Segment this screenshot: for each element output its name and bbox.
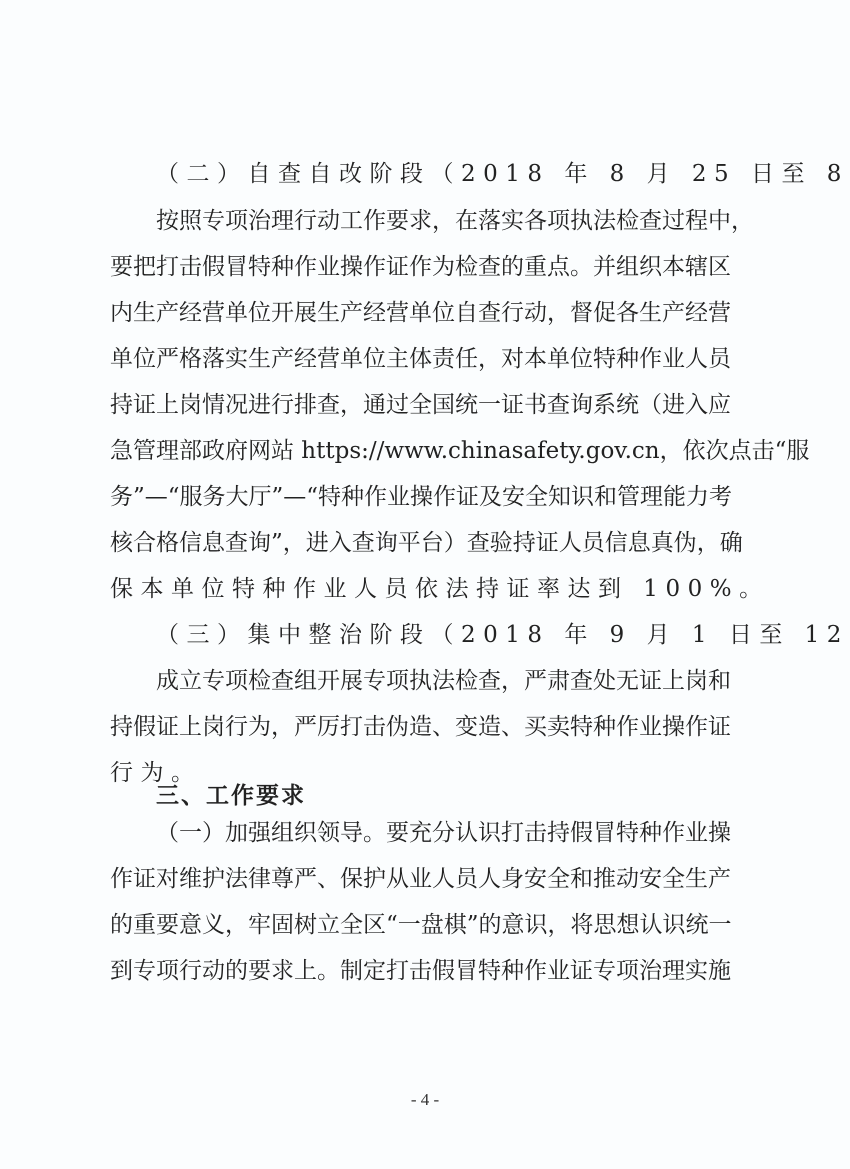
paragraph-line: 持证上岗情况进行排查，通过全国统一证书查询系统（进入应 bbox=[110, 387, 716, 424]
page-number: - 4 - bbox=[0, 1090, 850, 1110]
paragraph-line: 按照专项治理行动工作要求，在落实各项执法检查过程中， bbox=[156, 203, 716, 240]
paragraph-line-with-url: 急管理部政府网站 https://www.chinasafety.gov.cn，… bbox=[110, 433, 716, 470]
paragraph-line: 到专项行动的要求上。制定打击假冒特种作业证专项治理实施 bbox=[110, 953, 716, 990]
subheading-self-inspection: （二）自查自改阶段（2018 年 8 月 25 日至 8 月 31 日）。 bbox=[156, 156, 850, 193]
paragraph-line: 的重要意义，牢固树立全区“一盘棋”的意识，将思想认识统一 bbox=[110, 907, 716, 944]
paragraph-line: 务”—“服务大厅”—“特种作业操作证及安全知识和管理能力考 bbox=[110, 479, 716, 516]
paragraph-line: 成立专项检查组开展专项执法检查，严肃查处无证上岗和 bbox=[156, 663, 716, 700]
section-heading-work-requirements: 三、工作要求 bbox=[156, 778, 306, 815]
paragraph-line: 要把打击假冒特种作业操作证作为检查的重点。并组织本辖区 bbox=[110, 249, 716, 286]
paragraph-line: 作证对维护法律尊严、保护从业人员人身安全和推动安全生产 bbox=[110, 861, 716, 898]
paragraph-line: 内生产经营单位开展生产经营单位自查行动，督促各生产经营 bbox=[110, 295, 716, 332]
paragraph-line: 持假证上岗行为，严厉打击伪造、变造、买卖特种作业操作证 bbox=[110, 709, 716, 746]
subheading-concentrated-rectification: （三）集中整治阶段（2018 年 9 月 1 日至 12 月底）。 bbox=[156, 617, 850, 654]
paragraph-line: （一）加强组织领导。要充分认识打击持假冒特种作业操 bbox=[156, 815, 716, 852]
paragraph-line: 核合格信息查询”，进入查询平台）查验持证人员信息真伪，确 bbox=[110, 525, 716, 562]
paragraph-line: 单位严格落实生产经营单位主体责任，对本单位特种作业人员 bbox=[110, 341, 716, 378]
paragraph-line: 保本单位特种作业人员依法持证率达到 100%。 bbox=[110, 571, 770, 608]
